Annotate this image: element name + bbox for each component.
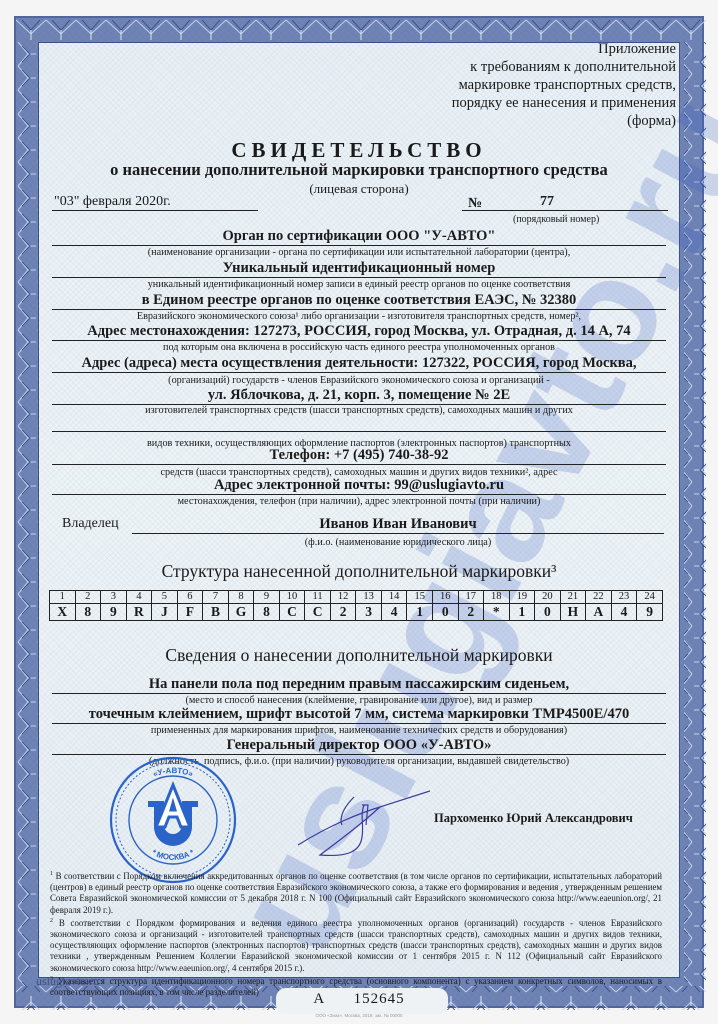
symbol-cell: B (203, 604, 229, 621)
organization-stamp: «У-АВТО» * МОСКВА * (108, 755, 238, 885)
symbol-cell: 8 (254, 604, 280, 621)
symbol-cell: 1 (407, 604, 433, 621)
position-cell: 6 (177, 591, 203, 604)
symbol-cell: 4 (381, 604, 407, 621)
head-position-line: Генеральный директор ООО «У-АВТО» (52, 736, 666, 755)
empty-line (52, 414, 666, 432)
issue-date: "03" февраля 2020г. (52, 194, 258, 211)
symbol-cell: C (305, 604, 331, 621)
position-cell: 4 (126, 591, 152, 604)
position-cell: 10 (279, 591, 305, 604)
position-cell: 18 (484, 591, 510, 604)
blank-number: 152645 (354, 991, 405, 1007)
appendix-line: (форма) (452, 112, 676, 130)
activity-address-line-2: ул. Яблочкова, д. 21, корп. 3, помещение… (52, 386, 666, 405)
symbol-cell: 2 (458, 604, 484, 621)
blank-serial: А 152645 (0, 991, 718, 1008)
symbol-cell: 0 (432, 604, 458, 621)
position-cell: 16 (432, 591, 458, 604)
signer-name: Пархоменко Юрий Александрович (434, 811, 633, 826)
position-cell: 15 (407, 591, 433, 604)
appendix-line: Приложение (452, 40, 676, 58)
footnotes: 1 В соответствии с Порядком включения ак… (50, 869, 662, 998)
footnote-1: 1 В соответствии с Порядком включения ак… (50, 869, 662, 916)
position-cell: 13 (356, 591, 382, 604)
footnote-2: 2 В соответствии с Порядком формирования… (50, 916, 662, 974)
address-caption: под которым она включена в российскую ча… (52, 341, 666, 354)
symbol-row: X89RJFBG8CC234102*10HA49 (50, 604, 663, 621)
appendix-note: Приложение к требованиям к дополнительно… (452, 40, 676, 130)
appendix-line: к требованиям к дополнительной (452, 58, 676, 76)
certificate-number: 77 (462, 194, 668, 211)
printer-info: ООО «Знак», Москва, 2019, зак. № 00000 (0, 1013, 718, 1018)
site-watermark: uslugiavto.ru (36, 974, 99, 989)
position-cell: 2 (75, 591, 101, 604)
symbol-cell: 4 (611, 604, 637, 621)
position-cell: 23 (611, 591, 637, 604)
marking-method-line: точечным клеймением, шрифт высотой 7 мм,… (52, 705, 666, 724)
registry-line: в Едином реестре органов по оценке соотв… (52, 291, 666, 310)
uid-line: Уникальный идентификационный номер (52, 259, 666, 278)
symbol-cell: 8 (75, 604, 101, 621)
appendix-line: маркировке транспортных средств, (452, 76, 676, 94)
position-cell: 8 (228, 591, 254, 604)
symbol-cell: J (152, 604, 178, 621)
svg-text:«У-АВТО»: «У-АВТО» (152, 766, 195, 779)
symbol-cell: G (228, 604, 254, 621)
email-line: Адрес электронной почты: 99@uslugiavto.r… (52, 476, 666, 495)
position-cell: 21 (560, 591, 586, 604)
symbol-cell: A (586, 604, 612, 621)
position-cell: 5 (152, 591, 178, 604)
position-cell: 7 (203, 591, 229, 604)
symbol-cell: F (177, 604, 203, 621)
marking-structure-title: Структура нанесенной дополнительной марк… (0, 561, 718, 582)
address-line: Адрес местонахождения: 127273, РОССИЯ, г… (52, 322, 666, 341)
symbol-cell: X (50, 604, 76, 621)
symbol-cell: C (279, 604, 305, 621)
marking-place-line: На панели пола под передним правым пасса… (52, 675, 666, 694)
organization-name: Орган по сертификации ООО "У-АВТО" (52, 227, 666, 246)
owner-name: Иванов Иван Иванович (132, 516, 664, 534)
position-cell: 1 (50, 591, 76, 604)
symbol-cell: 0 (535, 604, 561, 621)
symbol-cell: 9 (637, 604, 663, 621)
number-caption: (порядковый номер) (513, 214, 599, 225)
owner-label: Владелец (62, 516, 119, 532)
symbol-cell: 9 (101, 604, 127, 621)
symbol-cell: 2 (330, 604, 356, 621)
appendix-line: порядку ее нанесения и применения (452, 94, 676, 112)
position-cell: 24 (637, 591, 663, 604)
symbol-cell: 3 (356, 604, 382, 621)
position-row: 123456789101112131415161718192021222324 (50, 591, 663, 604)
owner-caption: (ф.и.о. (наименование юридического лица) (132, 537, 664, 548)
position-cell: 17 (458, 591, 484, 604)
blank-series: А (313, 991, 325, 1007)
phone-line: Телефон: +7 (495) 740-38-92 (52, 446, 666, 465)
marking-info-title: Сведения о нанесении дополнительной марк… (0, 645, 718, 666)
position-cell: 9 (254, 591, 280, 604)
svg-text:* МОСКВА *: * МОСКВА * (150, 847, 196, 862)
uid-caption: уникальный идентификационный номер запис… (52, 278, 666, 291)
position-cell: 14 (381, 591, 407, 604)
activity-address-line-1: Адрес (адреса) места осуществления деяте… (52, 354, 666, 373)
position-cell: 20 (535, 591, 561, 604)
signature (290, 785, 430, 865)
marking-structure-table: 123456789101112131415161718192021222324 … (49, 590, 663, 621)
document-subtitle: о нанесении дополнительной маркировки тр… (0, 160, 718, 180)
symbol-cell: 1 (509, 604, 535, 621)
symbol-cell: R (126, 604, 152, 621)
position-cell: 19 (509, 591, 535, 604)
position-cell: 12 (330, 591, 356, 604)
organization-name-caption: (наименование организации - органа по се… (52, 246, 666, 259)
position-cell: 11 (305, 591, 331, 604)
position-cell: 3 (101, 591, 127, 604)
position-cell: 22 (586, 591, 612, 604)
symbol-cell: H (560, 604, 586, 621)
symbol-cell: * (484, 604, 510, 621)
email-caption: местонахождения, телефон (при наличии), … (52, 495, 666, 508)
